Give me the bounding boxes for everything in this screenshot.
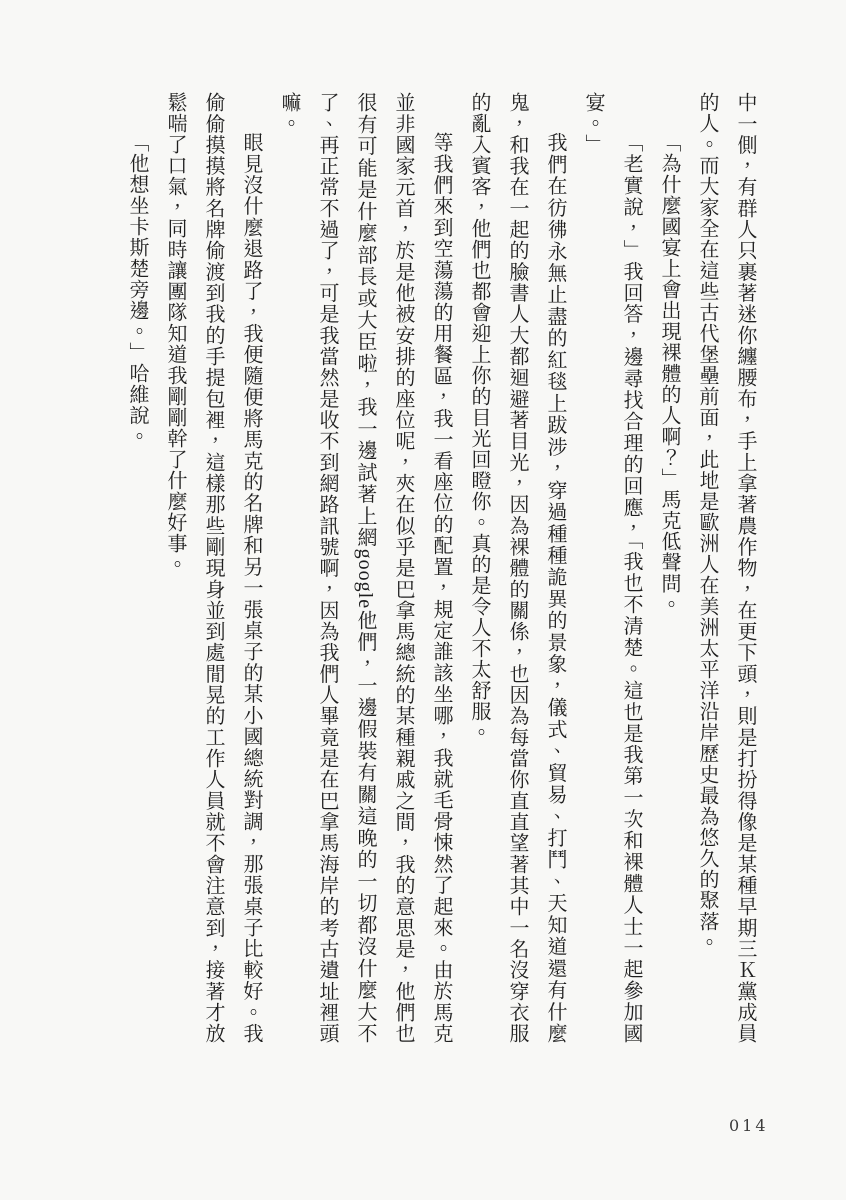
paragraph-dialogue-narrator-reply: 「老實說，」我回答，邊尋找合理的回應，「我也不清楚。這也是我第一次和裸體人士一起… [574,92,650,1044]
paragraph-red-carpet: 我們在彷彿永無止盡的紅毯上跋涉，穿過種種詭異的景象，儀式、貿易、打鬥、天知道還有… [460,92,574,1044]
book-page: 中一側，有群人只裹著迷你纏腰布，手上拿著農作物，在更下頭，則是打扮得像是某種早期… [0,0,846,1200]
paragraph-nameplate-swap: 眼見沒什麼退路了，我便隨便將馬克的名牌和另一張桌子的某小國總統對調，那張桌子比較… [156,92,270,1044]
page-body-text: 中一側，有群人只裹著迷你纏腰布，手上拿著農作物，在更下頭，則是打扮得像是某種早期… [118,92,764,1044]
paragraph-dialogue-harvey: 「他想坐卡斯楚旁邊。」哈維說。 [118,92,156,1044]
paragraph-dining-area: 等我們來到空蕩蕩的用餐區，我一看座位的配置，規定誰該坐哪，我就毛骨悚然了起來。由… [270,92,460,1044]
page-number: 014 [729,1116,769,1135]
paragraph-dialogue-mark-question: 「為什麼國宴上會出現裸體的人啊？」馬克低聲問。 [650,92,688,1044]
paragraph-continuation: 中一側，有群人只裹著迷你纏腰布，手上拿著農作物，在更下頭，則是打扮得像是某種早期… [688,92,764,1044]
